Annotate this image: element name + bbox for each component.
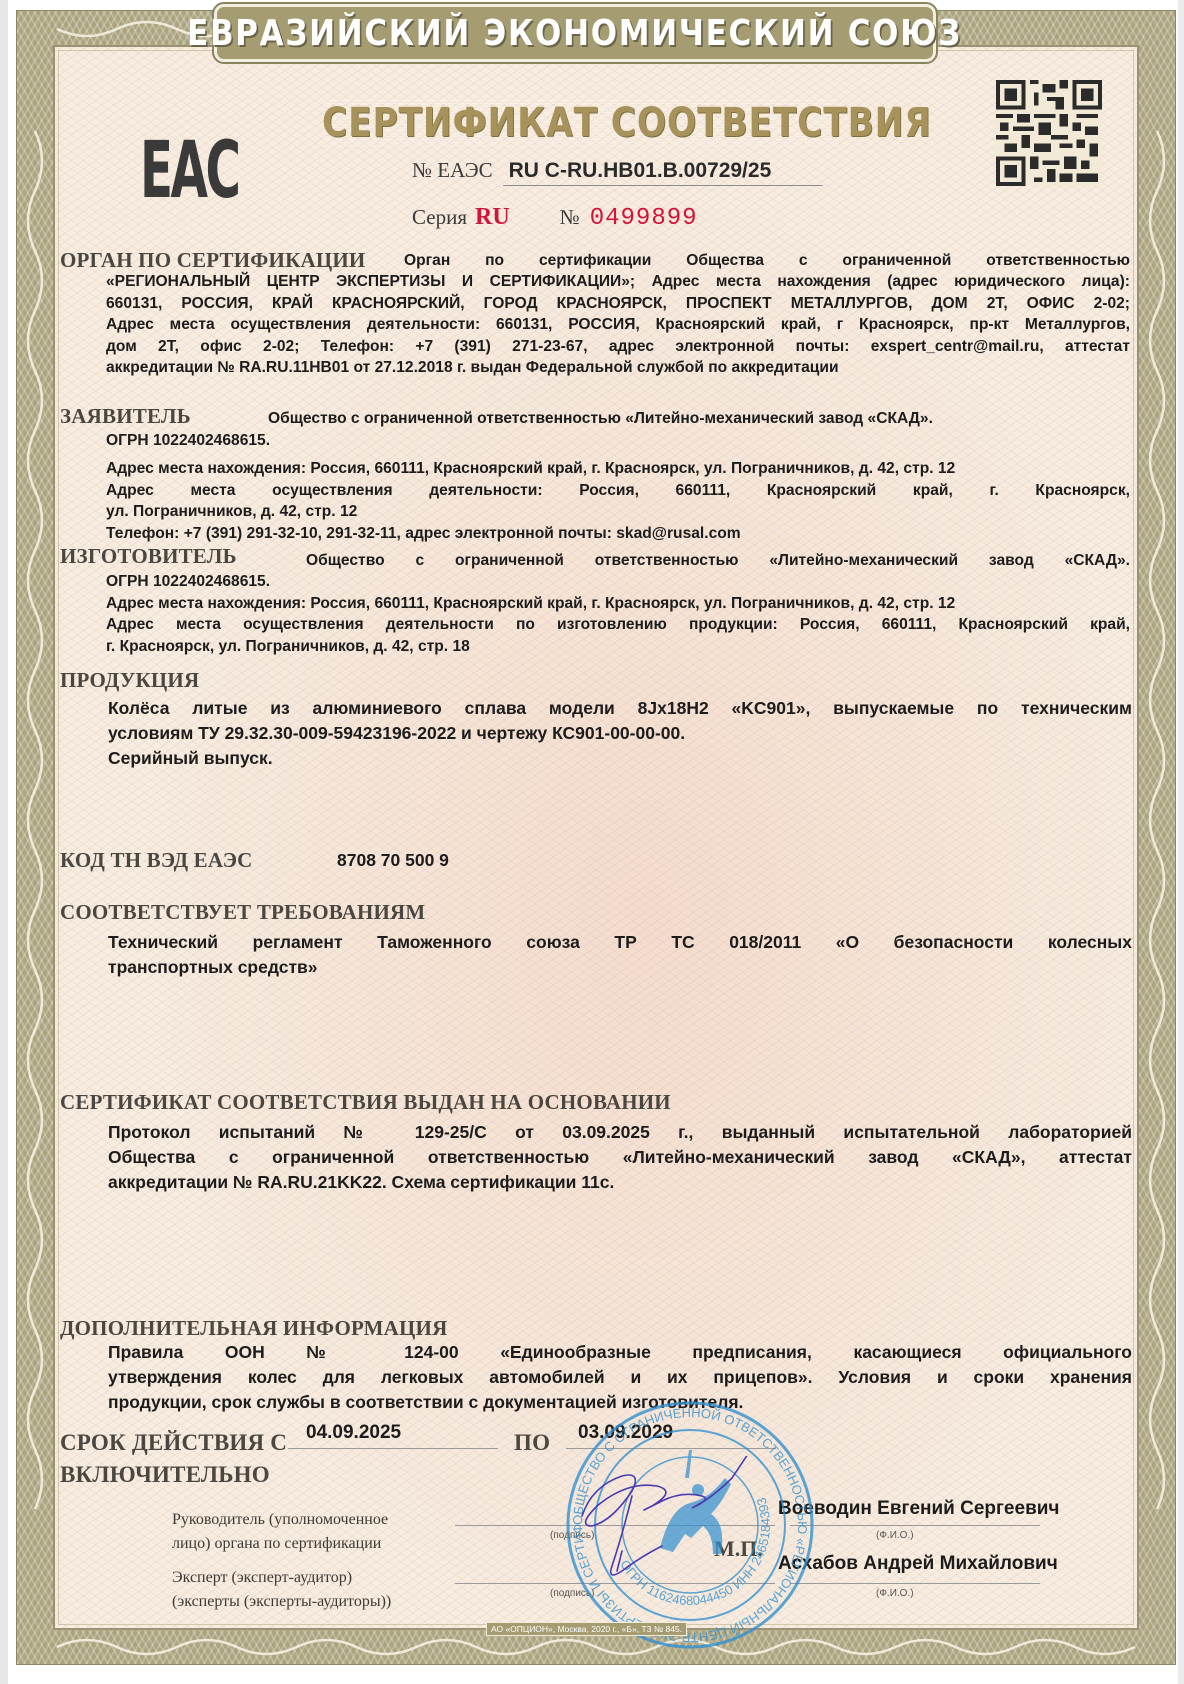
series-value: RU [475, 204, 510, 231]
validity-date-from: 04.09.2025 [306, 1422, 401, 1444]
text-line: Протокол испытаний № 129-25/С от 03.09.2… [108, 1120, 1132, 1145]
applicant-label: ЗАЯВИТЕЛЬ [60, 404, 191, 429]
product-description: Колёса литые из алюминиевого сплава моде… [108, 696, 1132, 771]
text-line: Общество с ограниченной ответственностью… [268, 408, 1128, 430]
certification-body-text: «РЕГИОНАЛЬНЫЙ ЦЕНТР ЭКСПЕРТИЗЫ И СЕРТИФИ… [106, 271, 1130, 379]
text-line: Руководитель (уполномоченное [172, 1508, 388, 1532]
text-line: условиям ТУ 29.32.30-009-59423196-2022 и… [108, 721, 1132, 746]
applicant-details: Адрес места нахождения: Россия, 660111, … [106, 458, 1130, 544]
text-line: 8708 70 500 9 [337, 848, 637, 873]
text-line: аккредитации № RA.RU.11HB01 от 27.12.201… [106, 357, 1130, 379]
qr-code-icon[interactable] [996, 80, 1102, 186]
text-line: Технический регламент Таможенного союза … [108, 930, 1132, 955]
text-line: Колёса литые из алюминиевого сплава моде… [108, 696, 1132, 721]
text-line: дом 2Т, офис 2-02; Телефон: +7 (391) 271… [106, 336, 1130, 358]
text-line: утверждения колес для легковых автомобил… [108, 1365, 1132, 1390]
applicant-name: Общество с ограниченной ответственностью… [268, 408, 1128, 430]
handwritten-signature-icon [572, 1456, 772, 1586]
head-name-line [790, 1525, 1040, 1526]
certification-body-label: ОРГАН ПО СЕРТИФИКАЦИИ [60, 248, 365, 273]
basis-text: Протокол испытаний № 129-25/С от 03.09.2… [108, 1120, 1132, 1195]
manufacturer-details: ОГРН 1022402468615. Адрес места нахожден… [106, 571, 1130, 657]
expert-name-caption: (Ф.И.О.) [876, 1588, 914, 1599]
additional-info-label: ДОПОЛНИТЕЛЬНАЯ ИНФОРМАЦИЯ [60, 1316, 447, 1341]
expert-name-line [790, 1583, 1040, 1584]
blank-number-label: № [560, 205, 580, 230]
scan-edge [0, 0, 8, 1684]
validity-inclusive-label: ВКЛЮЧИТЕЛЬНО [60, 1462, 270, 1488]
certification-body-first-line: Орган по сертификации Общества с огранич… [404, 250, 1130, 272]
union-banner: ЕВРАЗИЙСКИЙ ЭКОНОМИЧЕСКИЙ СОЮЗ [214, 4, 936, 62]
requirements-text: Технический регламент Таможенного союза … [108, 930, 1132, 980]
requirements-label: СООТВЕТСТВУЕТ ТРЕБОВАНИЯМ [60, 900, 425, 925]
customs-code-value: 8708 70 500 9 [337, 848, 637, 873]
text-line: г. Красноярск, ул. Пограничников, д. 42,… [106, 636, 1130, 658]
blank-number: 0499899 [590, 205, 698, 232]
text-line: лицо) органа по сертификации [172, 1532, 388, 1556]
text-line: 660131, РОССИЯ, КРАЙ КРАСНОЯРСКИЙ, ГОРОД… [106, 293, 1130, 315]
registration-label: № ЕАЭС [412, 158, 493, 183]
text-line: Эксперт (эксперт-аудитор) [172, 1566, 391, 1590]
text-line: аккредитации № RA.RU.21KK22. Схема серти… [108, 1170, 1132, 1195]
head-name-caption: (Ф.И.О.) [876, 1530, 914, 1541]
registration-line: № ЕАЭС RU C-RU.HB01.B.00729/25 [412, 158, 823, 186]
text-line: Серийный выпуск. [108, 746, 1132, 771]
series-line: Серия RU № 0499899 [412, 204, 698, 232]
date-from-underline [288, 1448, 498, 1449]
union-banner-text: ЕВРАЗИЙСКИЙ ЭКОНОМИЧЕСКИЙ СОЮЗ [188, 13, 963, 54]
manufacturer-label: ИЗГОТОВИТЕЛЬ [60, 544, 237, 569]
text-line: Общества с ограниченной ответственностью… [108, 1145, 1132, 1170]
validity-to-label: ПО [514, 1430, 550, 1456]
customs-code-label: КОД ТН ВЭД ЕАЭС [60, 848, 253, 873]
text-line: Адрес места нахождения: Россия, 660111, … [106, 593, 1130, 615]
applicant-ogrn: ОГРН 1022402468615. [106, 430, 1130, 452]
product-label: ПРОДУКЦИЯ [60, 668, 199, 693]
document-title: СЕРТИФИКАТ СООТВЕТСТВИЯ [322, 100, 838, 146]
printer-imprint: АО «ОПЦИОН», Москва, 2020 г., «Б», ТЗ № … [486, 1622, 687, 1636]
text-line: ОГРН 1022402468615. [106, 571, 1130, 593]
basis-label: СЕРТИФИКАТ СООТВЕТСТВИЯ ВЫДАН НА ОСНОВАН… [60, 1090, 671, 1115]
eac-mark-icon: EAC [140, 132, 239, 210]
text-line: ул. Пограничников, д. 42, стр. 12 [106, 501, 1130, 523]
expert-label: Эксперт (эксперт-аудитор) (эксперты (экс… [172, 1566, 391, 1614]
head-name: Воеводин Евгений Сергеевич [778, 1498, 1059, 1520]
text-line: Правила ООН № 124-00 «Единообразные пред… [108, 1340, 1132, 1365]
text-line: Общество с ограниченной ответственностью… [306, 550, 1130, 572]
text-line: (эксперты (эксперты-аудиторы)) [172, 1590, 391, 1614]
text-line: Адрес места осуществления деятельности п… [106, 614, 1130, 636]
text-line: ОГРН 1022402468615. [106, 430, 1130, 452]
text-line: Адрес места нахождения: Россия, 660111, … [106, 458, 1130, 480]
text-line: Орган по сертификации Общества с огранич… [404, 250, 1130, 272]
text-line: Адрес места осуществления деятельности: … [106, 480, 1130, 502]
validity-from-label: СРОК ДЕЙСТВИЯ С [60, 1430, 287, 1456]
manufacturer-name: Общество с ограниченной ответственностью… [306, 550, 1130, 572]
text-line: Телефон: +7 (391) 291-32-10, 291-32-11, … [106, 523, 1130, 545]
head-label: Руководитель (уполномоченное лицо) орган… [172, 1508, 388, 1556]
scan-edge [1178, 0, 1184, 1684]
series-label: Серия [412, 205, 467, 230]
text-line: «РЕГИОНАЛЬНЫЙ ЦЕНТР ЭКСПЕРТИЗЫ И СЕРТИФИ… [106, 271, 1130, 293]
text-line: Адрес места осуществления деятельности: … [106, 314, 1130, 336]
registration-number: RU C-RU.HB01.B.00729/25 [503, 159, 824, 186]
text-line: транспортных средств» [108, 955, 1132, 980]
